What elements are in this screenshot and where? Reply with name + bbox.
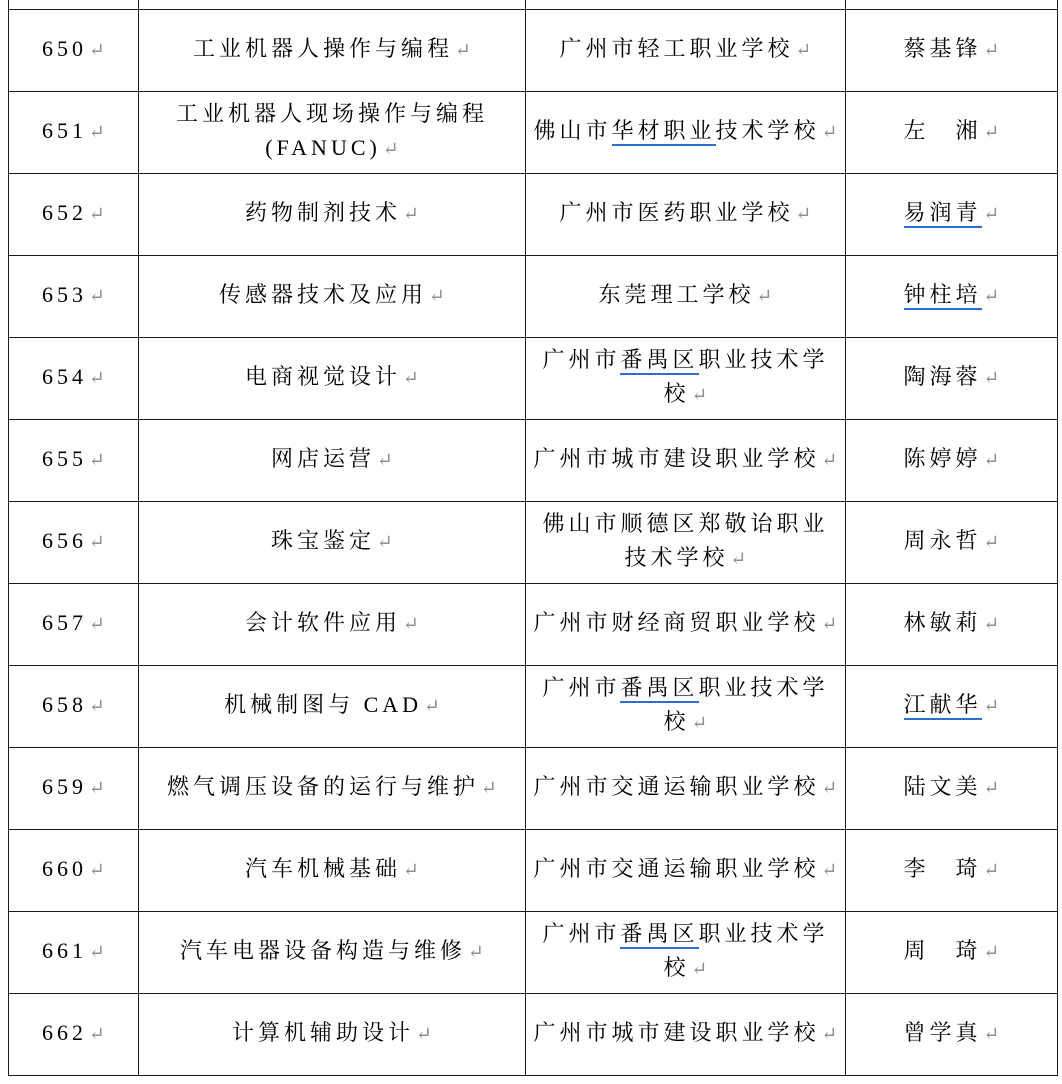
cell-text: 药物制剂技术 — [245, 200, 401, 225]
end-of-cell-mark: ↵ — [401, 368, 419, 389]
cell-text: 广州市 — [542, 921, 620, 946]
end-of-cell-mark: ↵ — [982, 122, 1000, 143]
clipped-cell-name — [846, 0, 1058, 9]
table-row: 653↵传感器技术及应用↵东莞理工学校↵钟柱培↵ — [9, 255, 1058, 337]
end-of-cell-mark: ↵ — [453, 40, 471, 61]
end-of-cell-mark: ↵ — [87, 614, 105, 635]
course-assignment-table: 650↵工业机器人操作与编程↵广州市轻工职业学校↵蔡基锋↵651↵工业机器人现场… — [8, 0, 1058, 1076]
cell-course: 传感器技术及应用↵ — [139, 255, 526, 337]
cell-number: 659↵ — [9, 747, 139, 829]
end-of-cell-mark: ↵ — [381, 139, 399, 160]
cell-course: 工业机器人操作与编程↵ — [139, 9, 526, 91]
end-of-cell-mark: ↵ — [422, 696, 440, 717]
end-of-cell-mark: ↵ — [690, 385, 708, 406]
end-of-cell-mark: ↵ — [427, 286, 445, 307]
cell-text: 654 — [42, 364, 87, 389]
cell-course: 燃气调压设备的运行与维护↵ — [139, 747, 526, 829]
cell-course: 电商视觉设计↵ — [139, 337, 526, 419]
cell-text: 661 — [42, 938, 87, 963]
end-of-cell-mark: ↵ — [982, 450, 1000, 471]
cell-name: 钟柱培↵ — [846, 255, 1058, 337]
end-of-cell-mark: ↵ — [479, 778, 497, 799]
cell-text: 662 — [42, 1020, 87, 1045]
end-of-cell-mark: ↵ — [755, 286, 773, 307]
cell-text: 燃气调压设备的运行与维护 — [167, 774, 479, 799]
end-of-cell-mark: ↵ — [982, 860, 1000, 881]
cell-number: 660↵ — [9, 829, 139, 911]
cell-text: 陆文美 — [904, 774, 982, 799]
cell-text: 广州市医药职业学校 — [560, 200, 794, 225]
cell-text: 电商视觉设计 — [245, 364, 401, 389]
end-of-cell-mark: ↵ — [982, 696, 1000, 717]
cell-number: 650↵ — [9, 9, 139, 91]
cell-text: 李 琦 — [904, 856, 982, 881]
cell-text: 技术学校 — [625, 545, 729, 570]
cell-text: 职业技术学 — [699, 347, 829, 372]
cell-number: 654↵ — [9, 337, 139, 419]
cell-school: 广州市财经商贸职业学校↵ — [526, 583, 846, 665]
end-of-cell-mark: ↵ — [820, 1024, 838, 1045]
underlined-text: 番禺区 — [620, 347, 698, 375]
cell-text: 校 — [664, 381, 690, 406]
cell-school: 广州市城市建设职业学校↵ — [526, 419, 846, 501]
end-of-cell-mark: ↵ — [982, 942, 1000, 963]
cell-text: 652 — [42, 200, 87, 225]
cell-text: 网店运营 — [271, 446, 375, 471]
cell-number: 653↵ — [9, 255, 139, 337]
cell-name: 周永哲↵ — [846, 501, 1058, 583]
cell-text: 珠宝鉴定 — [271, 528, 375, 553]
cell-text: 659 — [42, 774, 87, 799]
cell-name: 周 琦↵ — [846, 911, 1058, 993]
underlined-text: 易润青 — [904, 200, 982, 228]
cell-text: 东莞理工学校 — [599, 282, 755, 307]
cell-school: 广州市医药职业学校↵ — [526, 173, 846, 255]
table-row: 656↵珠宝鉴定↵佛山市顺德区郑敬诒职业技术学校↵周永哲↵ — [9, 501, 1058, 583]
cell-number: 655↵ — [9, 419, 139, 501]
cell-name: 陆文美↵ — [846, 747, 1058, 829]
cell-text: 曾学真 — [904, 1020, 982, 1045]
cell-school: 广州市轻工职业学校↵ — [526, 9, 846, 91]
cell-name: 左 湘↵ — [846, 91, 1058, 173]
cell-course: 汽车机械基础↵ — [139, 829, 526, 911]
cell-name: 江献华↵ — [846, 665, 1058, 747]
cell-text: 653 — [42, 282, 87, 307]
table-row: 661↵汽车电器设备构造与维修↵广州市番禺区职业技术学校↵周 琦↵ — [9, 911, 1058, 993]
cell-course: 机械制图与 CAD↵ — [139, 665, 526, 747]
cell-text: 传感器技术及应用 — [219, 282, 427, 307]
cell-text: 汽车机械基础 — [245, 856, 401, 881]
end-of-cell-mark: ↵ — [820, 122, 838, 143]
end-of-cell-mark: ↵ — [982, 368, 1000, 389]
cell-school: 佛山市顺德区郑敬诒职业技术学校↵ — [526, 501, 846, 583]
clipped-top-row — [9, 0, 1058, 9]
cell-course: 汽车电器设备构造与维修↵ — [139, 911, 526, 993]
cell-school: 广州市交通运输职业学校↵ — [526, 747, 846, 829]
end-of-cell-mark: ↵ — [87, 450, 105, 471]
cell-text: 佛山市 — [534, 118, 612, 143]
end-of-cell-mark: ↵ — [87, 40, 105, 61]
table-row: 657↵会计软件应用↵广州市财经商贸职业学校↵林敏莉↵ — [9, 583, 1058, 665]
cell-text: 汽车电器设备构造与维修 — [180, 938, 466, 963]
cell-text: 职业技术学 — [699, 675, 829, 700]
cell-text: 林敏莉 — [904, 610, 982, 635]
end-of-cell-mark: ↵ — [87, 942, 105, 963]
end-of-cell-mark: ↵ — [982, 204, 1000, 225]
end-of-cell-mark: ↵ — [982, 532, 1000, 553]
cell-text: 校 — [664, 955, 690, 980]
cell-number: 661↵ — [9, 911, 139, 993]
cell-course: 会计软件应用↵ — [139, 583, 526, 665]
end-of-cell-mark: ↵ — [414, 1024, 432, 1045]
end-of-cell-mark: ↵ — [982, 1024, 1000, 1045]
cell-text: 技术学校 — [716, 118, 820, 143]
underlined-text: 钟柱培 — [904, 282, 982, 310]
cell-school: 东莞理工学校↵ — [526, 255, 846, 337]
cell-text: (FANUC) — [265, 135, 381, 160]
cell-text: 蔡基锋 — [904, 36, 982, 61]
cell-text: 陈婷婷 — [904, 446, 982, 471]
cell-number: 658↵ — [9, 665, 139, 747]
cell-text: 广州市交通运输职业学校 — [534, 774, 820, 799]
cell-name: 陈婷婷↵ — [846, 419, 1058, 501]
cell-text: 工业机器人现场操作与编程 — [176, 101, 488, 126]
underlined-text: 华材职业 — [612, 118, 716, 146]
cell-text: 650 — [42, 36, 87, 61]
end-of-cell-mark: ↵ — [401, 204, 419, 225]
cell-course: 网店运营↵ — [139, 419, 526, 501]
end-of-cell-mark: ↵ — [87, 368, 105, 389]
cell-text: 周永哲 — [904, 528, 982, 553]
cell-name: 李 琦↵ — [846, 829, 1058, 911]
cell-number: 662↵ — [9, 993, 139, 1075]
table-row: 651↵工业机器人现场操作与编程(FANUC)↵佛山市华材职业技术学校↵左 湘↵ — [9, 91, 1058, 173]
cell-number: 657↵ — [9, 583, 139, 665]
cell-number: 652↵ — [9, 173, 139, 255]
cell-text: 广州市财经商贸职业学校 — [534, 610, 820, 635]
end-of-cell-mark: ↵ — [729, 549, 747, 570]
underlined-text: 江献华 — [904, 692, 982, 720]
end-of-cell-mark: ↵ — [982, 614, 1000, 635]
cell-text: 655 — [42, 446, 87, 471]
end-of-cell-mark: ↵ — [401, 860, 419, 881]
cell-text: 机械制图与 CAD — [224, 692, 422, 717]
end-of-cell-mark: ↵ — [87, 696, 105, 717]
table-row: 659↵燃气调压设备的运行与维护↵广州市交通运输职业学校↵陆文美↵ — [9, 747, 1058, 829]
end-of-cell-mark: ↵ — [820, 450, 838, 471]
cell-course: 药物制剂技术↵ — [139, 173, 526, 255]
table-row: 652↵药物制剂技术↵广州市医药职业学校↵易润青↵ — [9, 173, 1058, 255]
cell-text: 658 — [42, 692, 87, 717]
cell-number: 651↵ — [9, 91, 139, 173]
cell-course: 珠宝鉴定↵ — [139, 501, 526, 583]
cell-number: 656↵ — [9, 501, 139, 583]
cell-text: 会计软件应用 — [245, 610, 401, 635]
end-of-cell-mark: ↵ — [375, 532, 393, 553]
end-of-cell-mark: ↵ — [87, 860, 105, 881]
cell-text: 广州市 — [542, 347, 620, 372]
table-row: 662↵计算机辅助设计↵广州市城市建设职业学校↵曾学真↵ — [9, 993, 1058, 1075]
end-of-cell-mark: ↵ — [401, 614, 419, 635]
end-of-cell-mark: ↵ — [820, 778, 838, 799]
end-of-cell-mark: ↵ — [87, 204, 105, 225]
cell-text: 660 — [42, 856, 87, 881]
cell-text: 657 — [42, 610, 87, 635]
cell-text: 广州市轻工职业学校 — [560, 36, 794, 61]
table-row: 654↵电商视觉设计↵广州市番禺区职业技术学校↵陶海蓉↵ — [9, 337, 1058, 419]
cell-school: 广州市城市建设职业学校↵ — [526, 993, 846, 1075]
cell-school: 佛山市华材职业技术学校↵ — [526, 91, 846, 173]
end-of-cell-mark: ↵ — [87, 1024, 105, 1045]
cell-course: 计算机辅助设计↵ — [139, 993, 526, 1075]
cell-name: 曾学真↵ — [846, 993, 1058, 1075]
underlined-text: 番禺区 — [620, 675, 698, 703]
cell-text: 陶海蓉 — [904, 364, 982, 389]
end-of-cell-mark: ↵ — [690, 959, 708, 980]
end-of-cell-mark: ↵ — [794, 40, 812, 61]
table-row: 650↵工业机器人操作与编程↵广州市轻工职业学校↵蔡基锋↵ — [9, 9, 1058, 91]
clipped-cell-course — [139, 0, 526, 9]
cell-text: 职业技术学 — [699, 921, 829, 946]
table-row: 660↵汽车机械基础↵广州市交通运输职业学校↵李 琦↵ — [9, 829, 1058, 911]
cell-school: 广州市交通运输职业学校↵ — [526, 829, 846, 911]
cell-name: 陶海蓉↵ — [846, 337, 1058, 419]
end-of-cell-mark: ↵ — [982, 286, 1000, 307]
end-of-cell-mark: ↵ — [982, 778, 1000, 799]
cell-course: 工业机器人现场操作与编程(FANUC)↵ — [139, 91, 526, 173]
cell-text: 广州市交通运输职业学校 — [534, 856, 820, 881]
cell-text: 工业机器人操作与编程 — [193, 36, 453, 61]
end-of-cell-mark: ↵ — [820, 860, 838, 881]
cell-text: 广州市 — [542, 675, 620, 700]
end-of-cell-mark: ↵ — [466, 942, 484, 963]
cell-text: 广州市城市建设职业学校 — [534, 446, 820, 471]
cell-name: 蔡基锋↵ — [846, 9, 1058, 91]
cell-text: 佛山市顺德区郑敬诒职业 — [542, 511, 828, 536]
end-of-cell-mark: ↵ — [982, 40, 1000, 61]
end-of-cell-mark: ↵ — [87, 122, 105, 143]
clipped-cell-school — [526, 0, 846, 9]
cell-name: 林敏莉↵ — [846, 583, 1058, 665]
end-of-cell-mark: ↵ — [820, 614, 838, 635]
cell-school: 广州市番禺区职业技术学校↵ — [526, 911, 846, 993]
cell-text: 校 — [664, 709, 690, 734]
table-row: 655↵网店运营↵广州市城市建设职业学校↵陈婷婷↵ — [9, 419, 1058, 501]
end-of-cell-mark: ↵ — [690, 713, 708, 734]
cell-text: 广州市城市建设职业学校 — [534, 1020, 820, 1045]
clipped-cell-number — [9, 0, 139, 9]
underlined-text: 番禺区 — [620, 921, 698, 949]
cell-text: 左 湘 — [904, 118, 982, 143]
cell-text: 651 — [42, 118, 87, 143]
end-of-cell-mark: ↵ — [87, 532, 105, 553]
cell-name: 易润青↵ — [846, 173, 1058, 255]
end-of-cell-mark: ↵ — [375, 450, 393, 471]
table-row: 658↵机械制图与 CAD↵广州市番禺区职业技术学校↵江献华↵ — [9, 665, 1058, 747]
cell-text: 计算机辅助设计 — [232, 1020, 414, 1045]
end-of-cell-mark: ↵ — [87, 286, 105, 307]
end-of-cell-mark: ↵ — [87, 778, 105, 799]
end-of-cell-mark: ↵ — [794, 204, 812, 225]
cell-school: 广州市番禺区职业技术学校↵ — [526, 337, 846, 419]
cell-school: 广州市番禺区职业技术学校↵ — [526, 665, 846, 747]
cell-text: 656 — [42, 528, 87, 553]
cell-text: 周 琦 — [904, 938, 982, 963]
